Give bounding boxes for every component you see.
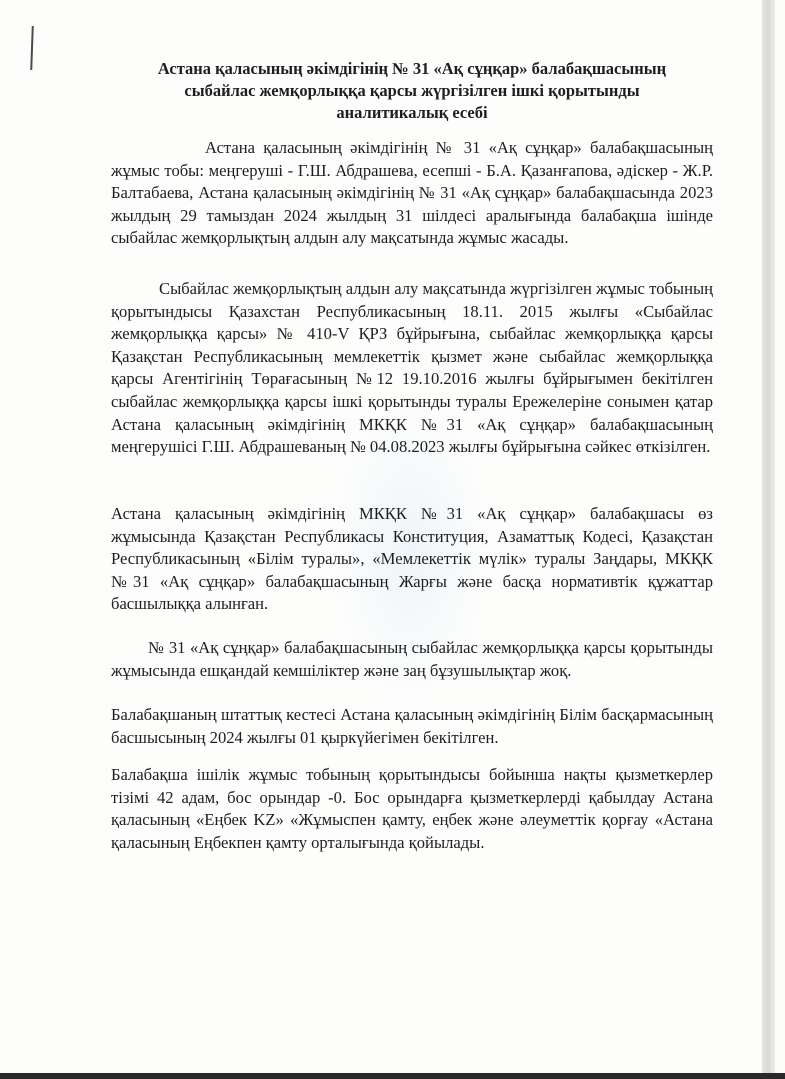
scan-bottom-edge — [0, 1073, 785, 1079]
paragraph: Сыбайлас жемқорлықтың алдын алу мақсатын… — [111, 278, 713, 459]
scan-edge — [775, 0, 785, 1073]
paragraph-no-violations: № 31 «Ақ сұңқар» балабақшасының сыбайлас… — [111, 637, 713, 682]
paragraph: Астана қаласының әкімдігінің № 31 «Ақ сұ… — [111, 137, 713, 250]
paragraph-working-group: Астана қаласының әкімдігінің № 31 «Ақ сұ… — [111, 137, 713, 250]
document-title: Астана қаласының әкімдігінің № 31 «Ақ сұ… — [112, 58, 712, 124]
paragraph: № 31 «Ақ сұңқар» балабақшасының сыбайлас… — [111, 637, 713, 682]
paragraph-staff-schedule: Балабақшаның штаттық кестесі Астана қала… — [111, 704, 713, 749]
scan-edge-shadow — [762, 0, 775, 1073]
paragraph-legal-basis: Сыбайлас жемқорлықтың алдын алу мақсатын… — [111, 278, 713, 459]
title-line: аналитикалық есебі — [112, 102, 712, 124]
paragraph-staff-list: Балабақша ішілік жұмыс тобының қорытынды… — [111, 764, 713, 854]
paragraph: Балабақшаның штаттық кестесі Астана қала… — [111, 704, 713, 749]
paragraph-normative-documents: Астана қаласының әкімдігінің МКҚК №31 «А… — [111, 503, 713, 616]
title-line: Астана қаласының әкімдігінің № 31 «Ақ сұ… — [112, 58, 712, 80]
paragraph: Астана қаласының әкімдігінің МКҚК №31 «А… — [111, 503, 713, 616]
title-line: сыбайлас жемқорлыққа қарсы жүргізілген і… — [112, 80, 712, 102]
paragraph: Балабақша ішілік жұмыс тобының қорытынды… — [111, 764, 713, 854]
